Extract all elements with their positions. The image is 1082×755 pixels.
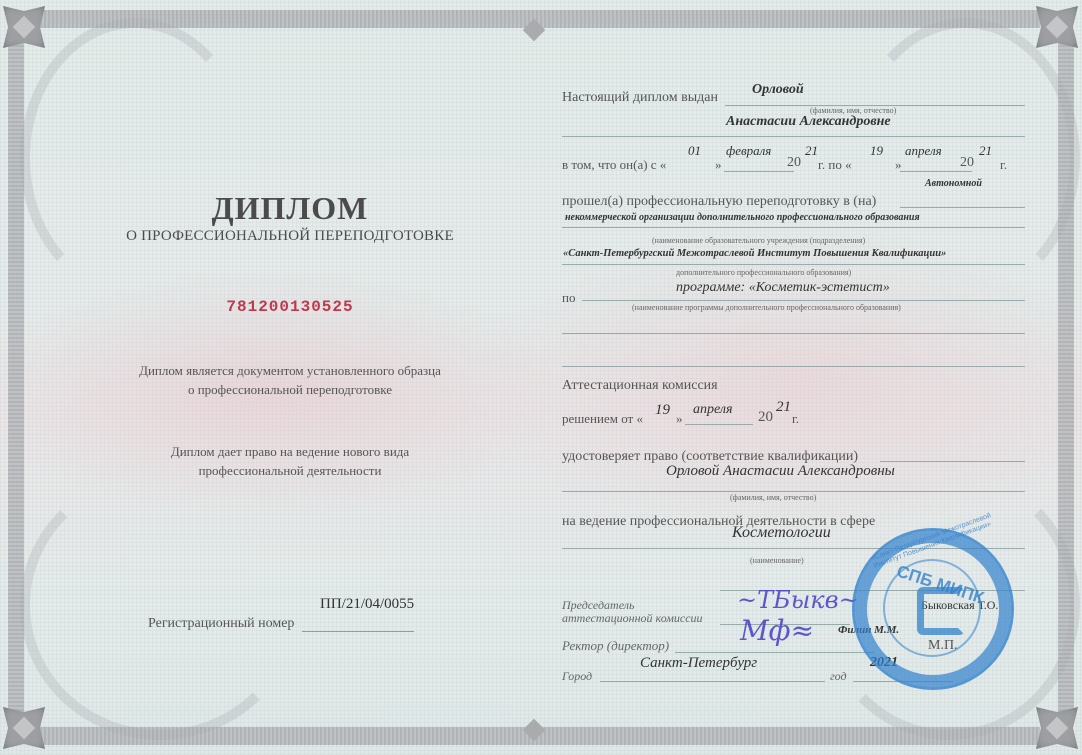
century: 20: [758, 409, 773, 426]
chair-label-2: аттестационной комиссии: [562, 611, 703, 626]
commission-label: Аттестационная комиссия: [562, 378, 718, 394]
to-day: 19: [870, 143, 883, 159]
fill-line: [562, 227, 1025, 228]
from-day: 01: [688, 143, 701, 159]
period-to: г. по «: [818, 157, 852, 173]
fill-line: [900, 207, 1025, 208]
diploma-sheet: ДИПЛОМ О ПРОФЕССИОНАЛЬНОЙ ПЕРЕПОДГОТОВКЕ…: [0, 0, 1082, 755]
diploma-title: ДИПЛОМ: [160, 190, 420, 227]
corner-ornament-icon: [1036, 6, 1078, 48]
fill-line: [582, 300, 1025, 301]
registration-line: [302, 631, 414, 632]
quote-close: »: [715, 157, 722, 173]
surname: Орловой: [752, 82, 804, 98]
sphere-caption: (наименование): [750, 556, 804, 565]
fill-line: [562, 264, 1025, 265]
fill-line: [685, 424, 753, 425]
org-caption: (наименование образовательного учреждени…: [652, 236, 865, 245]
decision-suffix: г.: [792, 411, 799, 427]
to-month: апреля: [905, 143, 942, 159]
org-caption-2: дополнительного профессионального образо…: [676, 268, 851, 277]
serial-number: 781200130525: [160, 298, 420, 316]
fill-line: [600, 681, 825, 682]
program-prefix: по: [562, 290, 575, 306]
statement-2-line-2: профессиональной деятельности: [100, 463, 480, 479]
registration-label: Регистрационный номер: [148, 616, 294, 632]
guilloche-ornament: [20, 18, 250, 298]
fill-line: [675, 652, 875, 653]
sphere: Косметологии: [732, 524, 831, 542]
corner-ornament-icon: [1036, 707, 1078, 749]
quote-close: »: [676, 411, 683, 427]
program-caption: (наименование программы дополнительного …: [632, 303, 901, 312]
fill-line: [562, 136, 1025, 137]
century: 20: [960, 155, 974, 171]
statement-1-line-2: о профессиональной переподготовке: [100, 382, 480, 398]
statement-1-line-1: Диплом является документом установленног…: [100, 363, 480, 379]
decision-prefix: решением от «: [562, 411, 643, 427]
chair-signature: ~ТБыкв~: [737, 586, 859, 614]
fill-line: [880, 461, 1025, 462]
to-year: 21: [979, 143, 992, 159]
statement-2-line-1: Диплом дает право на ведение нового вида: [100, 444, 480, 460]
decision-day: 19: [655, 402, 670, 419]
fill-line: [724, 171, 794, 172]
fill-line: [562, 491, 1025, 492]
fill-line: [900, 171, 972, 172]
fill-line: [562, 333, 1025, 334]
from-month: февраля: [726, 143, 771, 159]
org-line-2: некоммерческой организации дополнительно…: [565, 212, 920, 223]
from-year: 21: [805, 143, 818, 159]
org-line-3: «Санкт-Петербургский Межотраслевой Инсти…: [563, 248, 946, 259]
decision-month: апреля: [693, 402, 732, 418]
period-prefix: в том, что он(а) с «: [562, 157, 666, 173]
corner-ornament-icon: [3, 6, 45, 48]
year-label: год: [830, 669, 847, 684]
rector-signature: Мф≈: [740, 614, 814, 647]
diploma-subtitle: О ПРОФЕССИОНАЛЬНОЙ ПЕРЕПОДГОТОВКЕ: [100, 228, 480, 245]
border-left: [8, 40, 24, 715]
official-seal-stamp: «Санкт-Петербургский Межотраслевой Инсти…: [852, 528, 1014, 690]
corner-ornament-icon: [3, 707, 45, 749]
fill-line: [562, 366, 1025, 367]
decision-year: 21: [776, 399, 791, 416]
guilloche-ornament: [20, 470, 300, 740]
org-line-1: Автономной: [925, 178, 982, 189]
rector-label: Ректор (директор): [562, 638, 669, 654]
registration-number: ПП/21/04/0055: [320, 596, 414, 613]
border-right: [1058, 40, 1074, 715]
issued-to-label: Настоящий диплом выдан: [562, 90, 718, 106]
passed-label: прошел(а) профессиональную переподготовк…: [562, 194, 876, 210]
holder-full-name: Орловой Анастасии Александровны: [666, 463, 895, 480]
program: программе: «Косметик-эстетист»: [676, 280, 890, 296]
period-end: г.: [1000, 157, 1007, 173]
city: Санкт-Петербург: [640, 655, 757, 672]
city-label: Город: [562, 669, 592, 684]
century: 20: [787, 155, 801, 171]
holder-caption: (фамилия, имя, отчество): [730, 493, 816, 502]
given-names: Анастасии Александровне: [726, 114, 891, 130]
